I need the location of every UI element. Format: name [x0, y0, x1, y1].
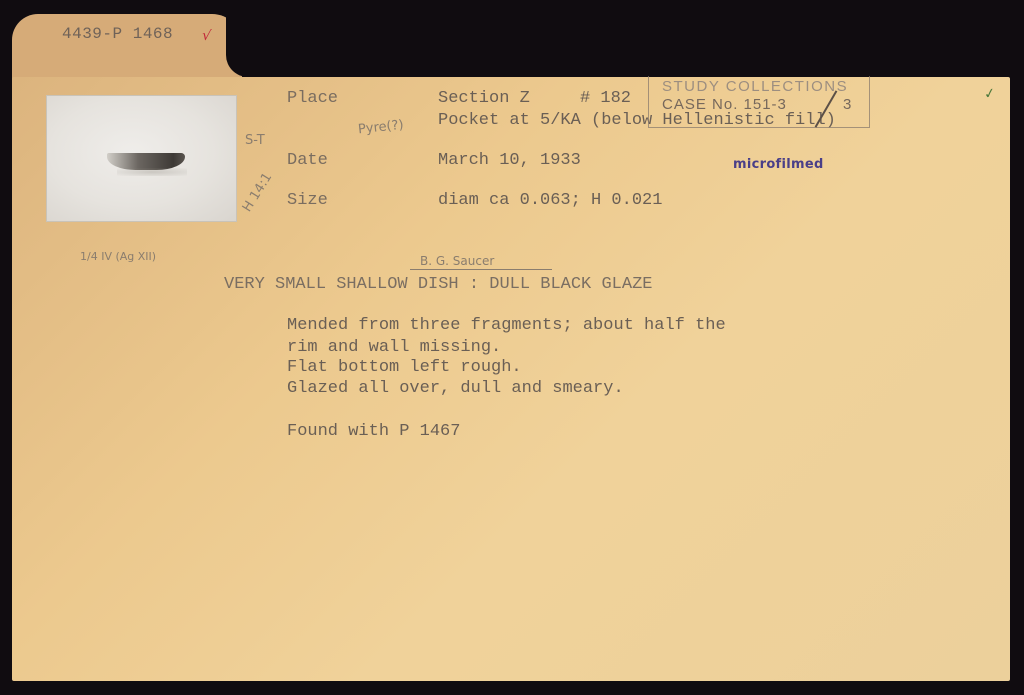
catalog-number: 4439-P 1468 — [62, 25, 173, 43]
stamp-title: STUDY COLLECTIONS — [662, 78, 848, 95]
description-line-3: Flat bottom left rough. — [287, 358, 522, 377]
place-number: # 182 — [580, 89, 631, 108]
microfilmed-stamp: microfilmed — [733, 157, 824, 172]
size-label: Size — [287, 191, 328, 210]
stamp-case-number: CASE No. 151-3 — [662, 96, 787, 113]
found-with: Found with P 1467 — [287, 422, 460, 441]
place-section: Section Z — [438, 89, 530, 108]
description-line-1: Mended from three fragments; about half … — [287, 316, 726, 335]
annotation-s-t: S-T — [245, 133, 265, 148]
description-line-2: rim and wall missing. — [287, 338, 501, 357]
date-label: Date — [287, 151, 328, 170]
annotation-bg-saucer: B. G. Saucer — [420, 254, 494, 268]
green-check-icon: ✓ — [983, 85, 997, 103]
object-title: VERY SMALL SHALLOW DISH : DULL BLACK GLA… — [224, 275, 652, 294]
stamp-shelf: 3 — [843, 96, 852, 113]
tab-corner-cut — [226, 14, 286, 77]
size-value: diam ca 0.063; H 0.021 — [438, 191, 662, 210]
description-line-4: Glazed all over, dull and smeary. — [287, 379, 624, 398]
dish-shadow — [117, 168, 187, 176]
annotation-photo-ref: 1/4 IV (Ag XII) — [80, 250, 156, 263]
object-photograph — [46, 95, 237, 222]
place-label: Place — [287, 89, 338, 108]
annotation-underline — [410, 269, 552, 270]
date-value: March 10, 1933 — [438, 151, 581, 170]
